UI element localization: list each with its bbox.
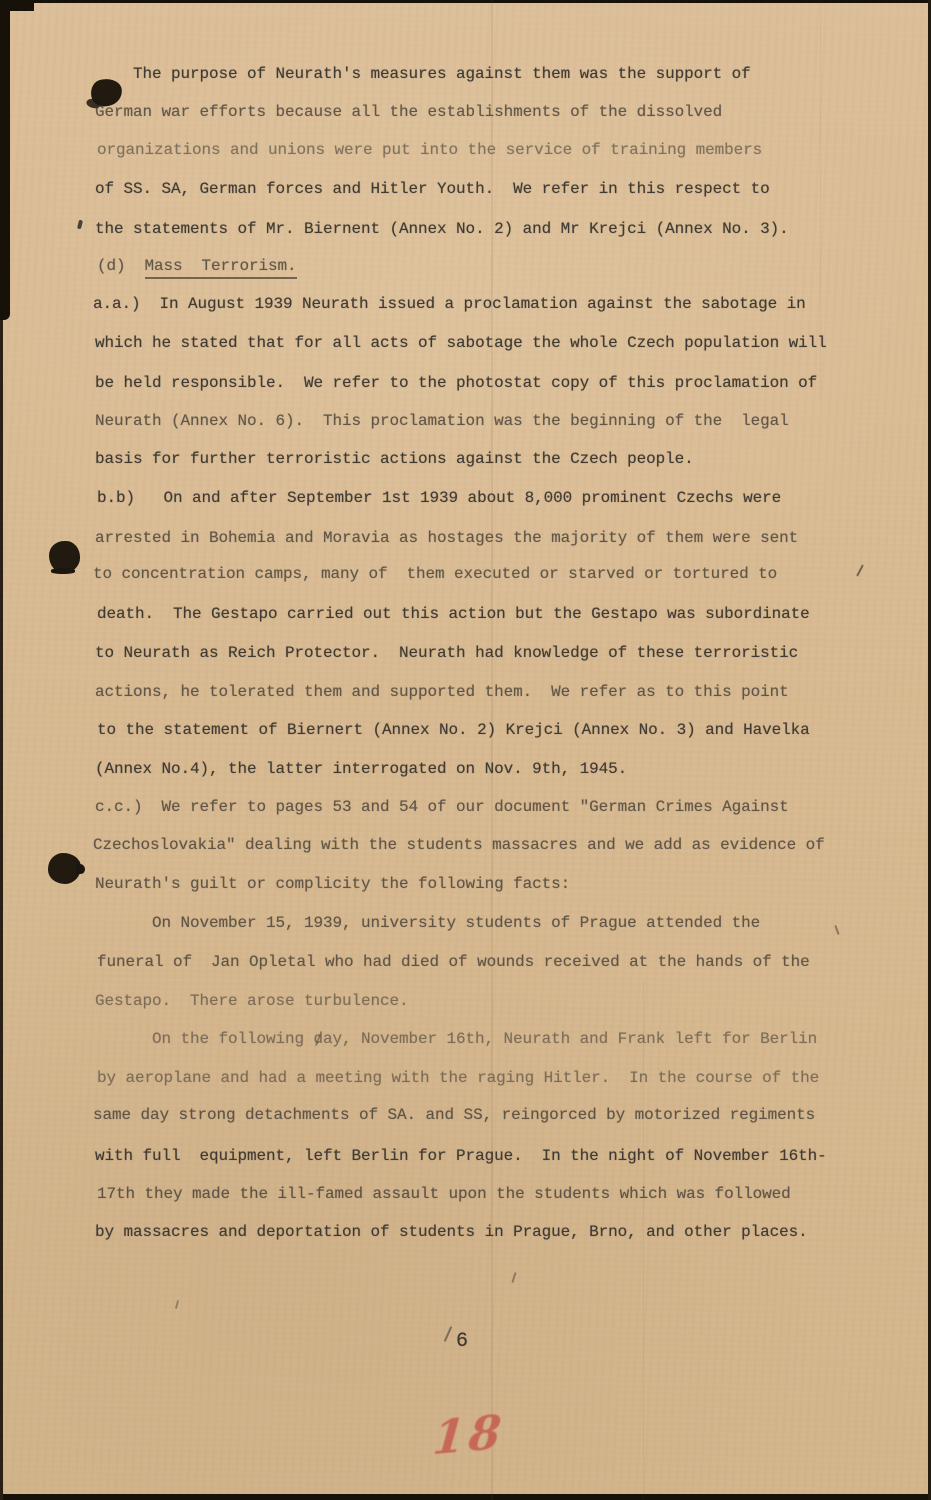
hole-punch-ink-blot-middle <box>49 541 80 573</box>
text-line: Neurath's guilt or complicity the follow… <box>95 865 855 904</box>
section-heading: (d) Mass Terrorism. <box>97 247 857 286</box>
text-line: by aeroplane and had a meeting with the … <box>97 1059 857 1098</box>
scan-edge-bottom <box>0 1494 931 1500</box>
text-line: with full equipment, left Berlin for Pra… <box>95 1137 855 1176</box>
text-line: Czechoslovakia" dealing with the student… <box>93 826 853 865</box>
text-line: funeral of Jan Opletal who had died of w… <box>97 943 857 982</box>
text-line: On November 15, 1939, university student… <box>95 904 855 943</box>
text-line: the statements of Mr. Biernent (Annex No… <box>95 210 855 249</box>
handwritten-stamp-number: 18 <box>431 1405 508 1466</box>
scan-edge-top <box>0 0 931 3</box>
stray-ink-mark <box>856 564 864 576</box>
text-line: be held responsible. We refer to the pho… <box>95 364 855 403</box>
text-line: a.a.) In August 1939 Neurath issued a pr… <box>93 285 853 324</box>
text-line: to concentration camps, many of them exe… <box>93 555 853 594</box>
text-line: to Neurath as Reich Protector. Neurath h… <box>95 634 855 673</box>
text-line: The purpose of Neurath's measures agains… <box>95 55 855 94</box>
text-line: German war efforts because all the estab… <box>95 93 855 132</box>
stray-ink-mark <box>77 220 83 230</box>
text-line: b.b) On and after September 1st 1939 abo… <box>97 479 857 518</box>
scan-edge-corner <box>0 0 34 11</box>
heading-prefix: (d) <box>97 257 145 275</box>
heading-underlined-text: Mass Terrorism. <box>145 257 297 279</box>
text-line: of SS. SA, German forces and Hitler Yout… <box>95 170 855 209</box>
text-line: arrested in Bohemia and Moravia as hosta… <box>95 519 855 558</box>
text-line: to the statement of Biernert (Annex No. … <box>97 711 857 750</box>
text-line: (Annex No.4), the latter interrogated on… <box>95 750 855 789</box>
hole-punch-ink-blot-lower <box>48 853 81 884</box>
scan-edge-left-top <box>0 0 10 320</box>
text-line: c.c.) We refer to pages 53 and 54 of our… <box>95 788 855 827</box>
text-line: by massacres and deportation of students… <box>95 1213 855 1252</box>
text-line: same day strong detachments of SA. and S… <box>93 1096 853 1135</box>
scanned-document-page: The purpose of Neurath's measures agains… <box>0 0 931 1500</box>
text-line: On the following day, November 16th, Neu… <box>95 1020 855 1059</box>
stray-ink-mark <box>511 1272 516 1283</box>
text-line: death. The Gestapo carried out this acti… <box>97 595 857 634</box>
text-line: Neurath (Annex No. 6). This proclamation… <box>95 402 855 441</box>
text-line: actions, he tolerated them and supported… <box>95 673 855 712</box>
page-number: 6 <box>456 1330 468 1353</box>
document-text: The purpose of Neurath's measures agains… <box>95 54 855 1252</box>
stray-ink-mark <box>175 1300 179 1309</box>
text-line: organizations and unions were put into t… <box>97 131 857 170</box>
text-line: basis for further terroristic actions ag… <box>95 440 855 479</box>
text-line: 17th they made the ill-famed assault upo… <box>97 1175 857 1214</box>
text-line: which he stated that for all acts of sab… <box>95 324 855 363</box>
text-line: Gestapo. There arose turbulence. <box>95 982 855 1021</box>
